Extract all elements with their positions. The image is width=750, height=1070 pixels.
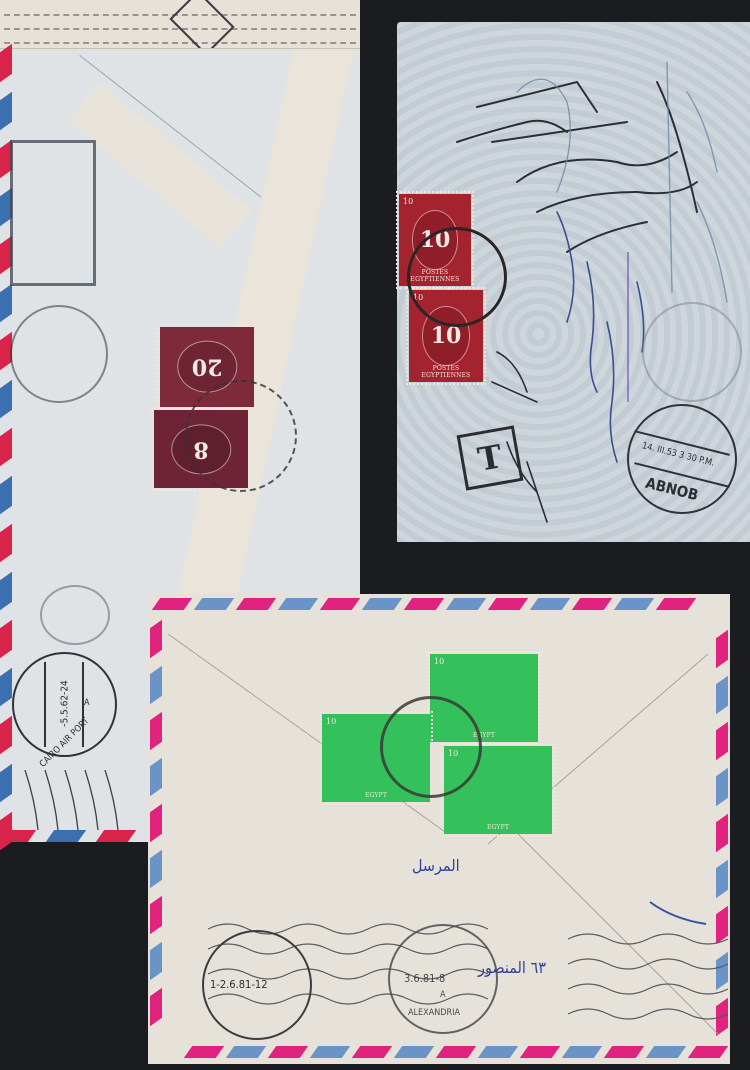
postmark-circle bbox=[185, 380, 297, 492]
boxed-cachet bbox=[10, 140, 96, 286]
cover-bottom: 10 EGYPT 10 EGYPT 10 EGYPT المرسل ٦٣ الم… bbox=[148, 594, 730, 1064]
postmark-date: 14. III.53 3 30 P.M. bbox=[641, 441, 715, 469]
cairo-airport-postmark: -5.5.62-24 A CAIRO AIR PORT bbox=[12, 652, 117, 757]
censor-tape bbox=[0, 0, 360, 49]
postmark-date: 1-2.6.81-12 bbox=[210, 978, 268, 991]
faded-postmark bbox=[10, 305, 108, 403]
airmail-border-bottom bbox=[0, 830, 150, 842]
wavy-cancel bbox=[20, 770, 130, 830]
postmark-circle bbox=[380, 696, 482, 798]
postmark-code: A bbox=[440, 990, 446, 1000]
postmark-place: ALEXANDRIA bbox=[408, 1008, 460, 1018]
faded-postmark bbox=[642, 302, 742, 402]
postmark-1981: 1-2.6.81-12 bbox=[202, 930, 312, 1040]
cover-top-right: 10 10 POSTES EGYPTIENNES 10 10 POSTES EG… bbox=[397, 22, 750, 542]
postmark-code: A bbox=[84, 698, 90, 708]
abnob-postmark: 14. III.53 3 30 P.M. ABNOB bbox=[627, 404, 737, 514]
tax-t-mark: T bbox=[457, 425, 524, 490]
postmark-circle bbox=[407, 227, 507, 327]
sender-label: المرسل bbox=[412, 856, 460, 875]
faded-postmark bbox=[40, 585, 110, 645]
alexandria-postmark: 3.6.81-8 A ALEXANDRIA bbox=[388, 924, 498, 1034]
postmark-date: 3.6.81-8 bbox=[404, 972, 445, 985]
